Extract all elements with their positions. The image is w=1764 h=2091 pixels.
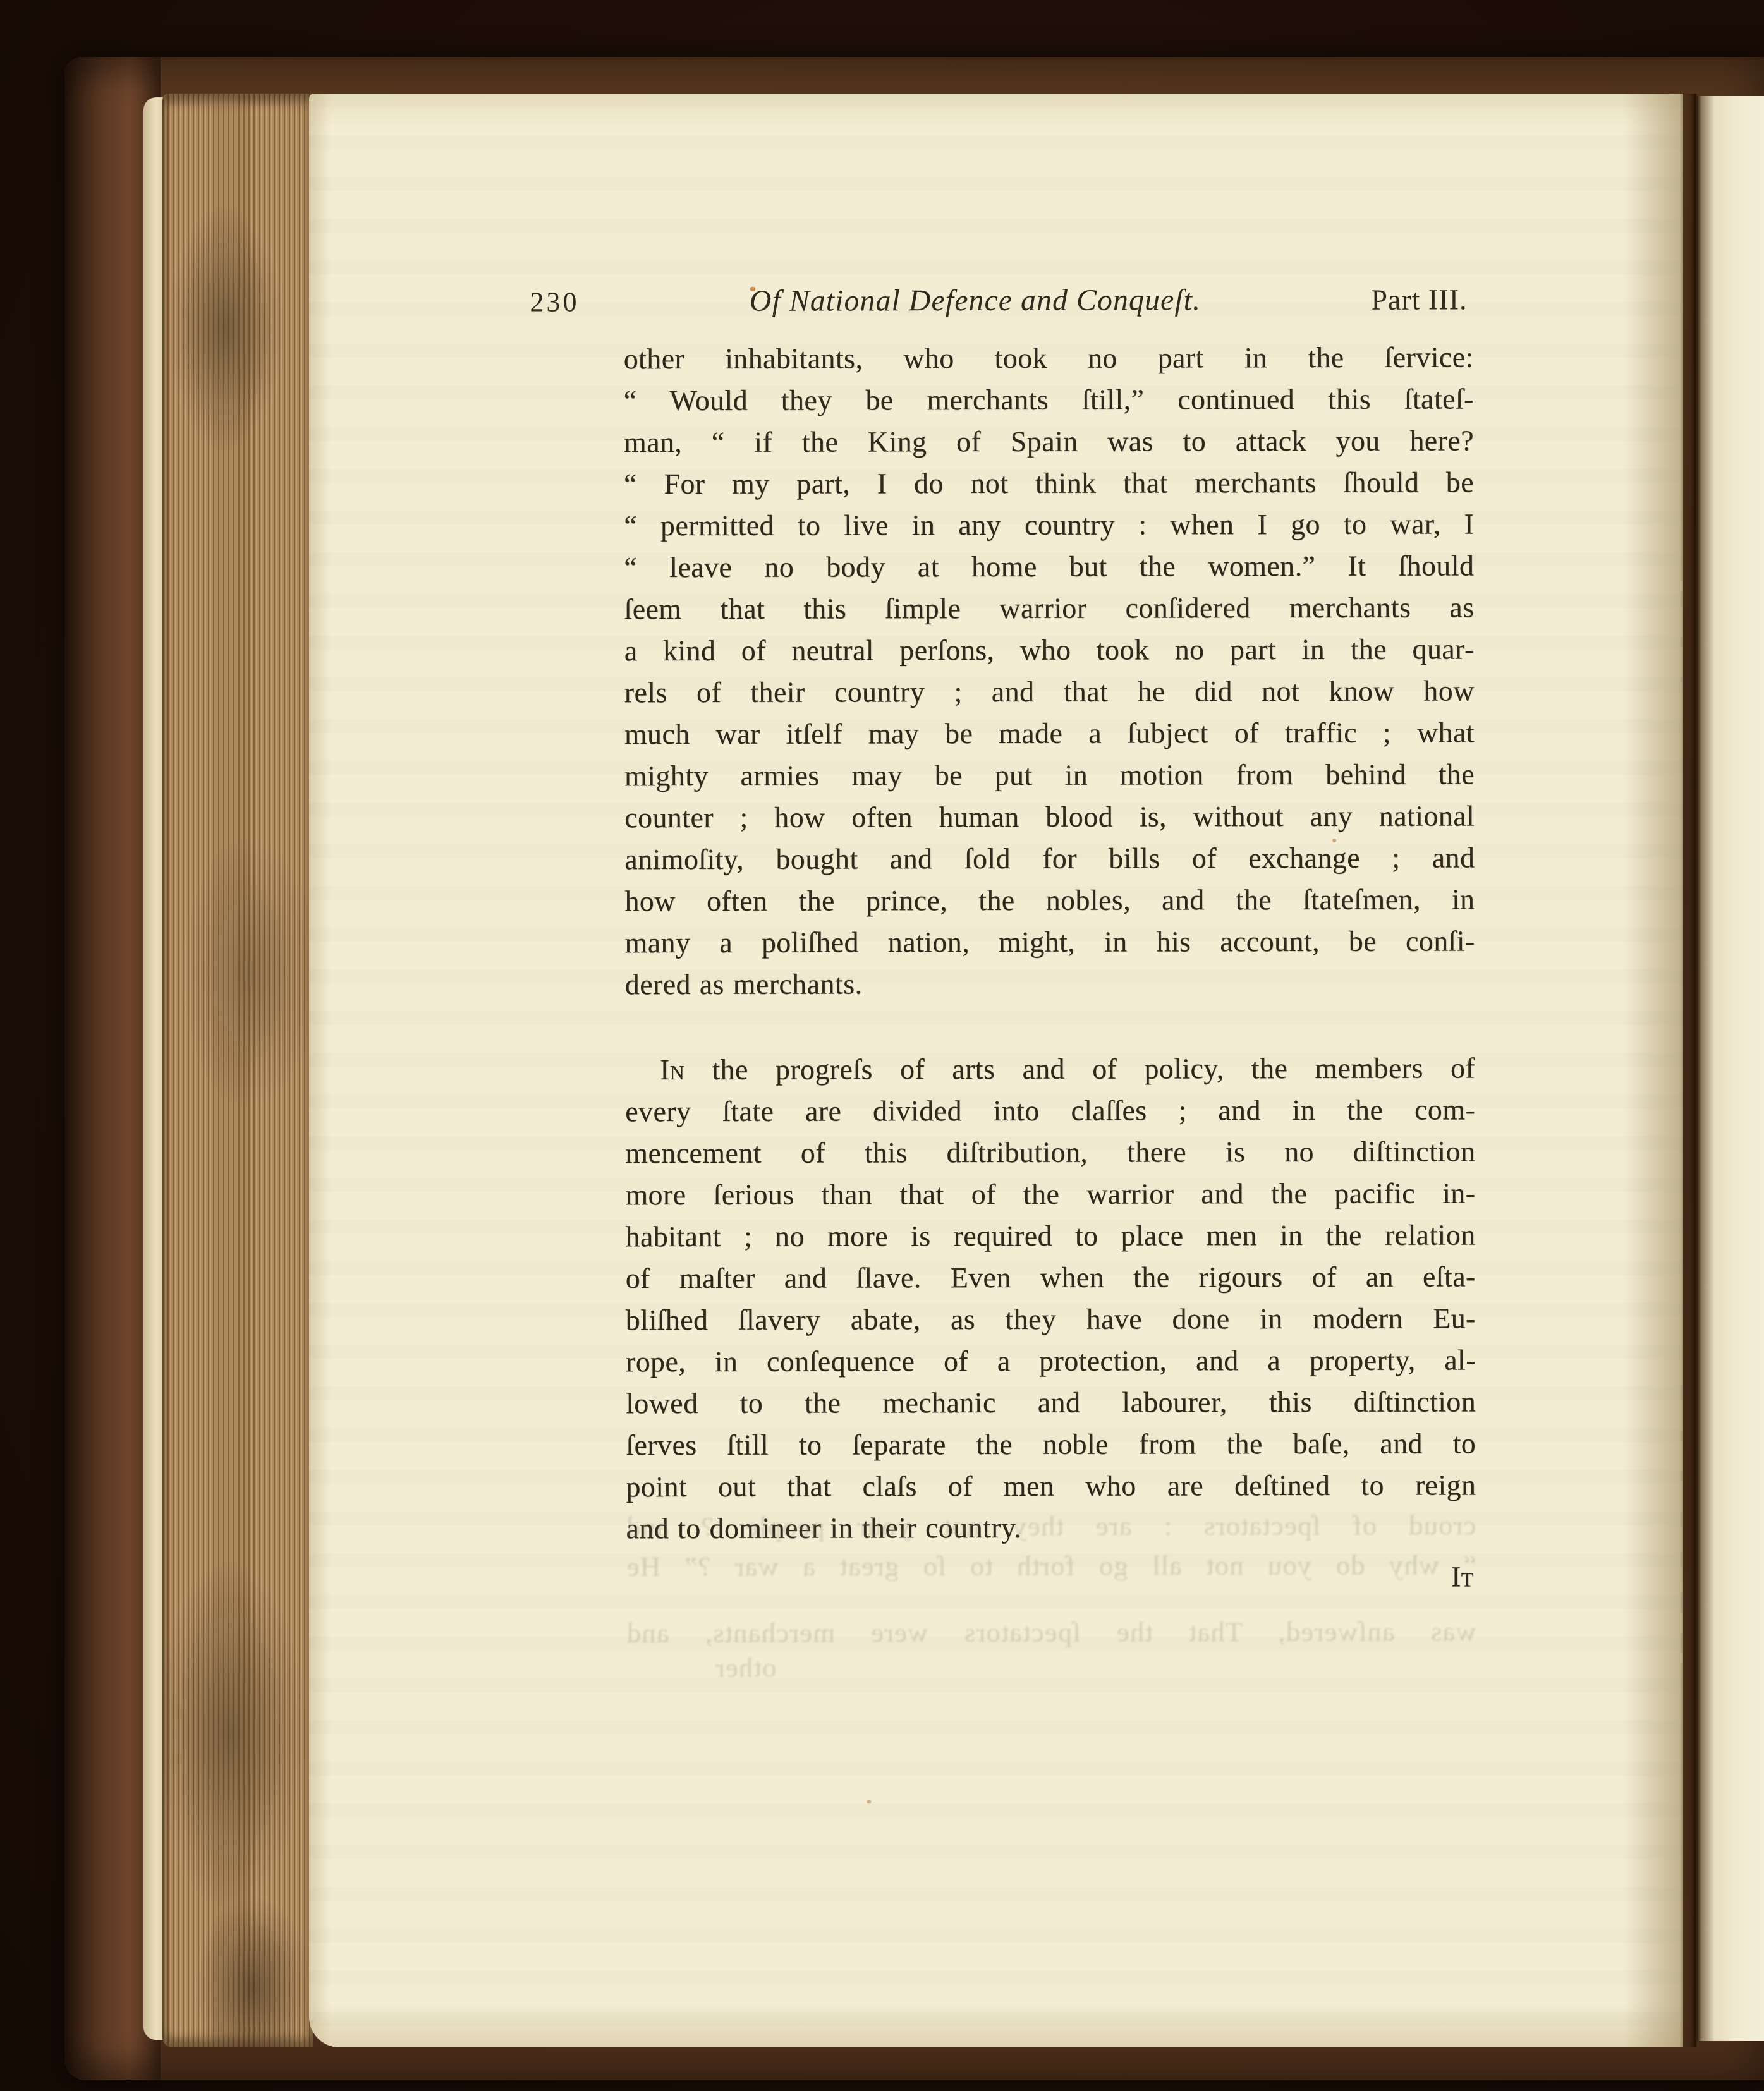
text-line: lowed to the mechanic and labourer, this… bbox=[626, 1381, 1476, 1424]
book: 230 Of National Defence and Conqueſt. Pa… bbox=[64, 57, 1764, 2080]
show-through-line: was anſwered, That the ſpectators were m… bbox=[626, 1612, 1476, 1652]
text-line: rels of their country ; and that he did … bbox=[624, 670, 1475, 713]
text-line: habitant ; no more is required to place … bbox=[625, 1214, 1475, 1258]
text-line: In the progreſs of arts and of policy, t… bbox=[625, 1047, 1475, 1091]
text-line: every ſtate are divided into claſſes ; a… bbox=[625, 1089, 1475, 1132]
facing-page-edge bbox=[1697, 96, 1764, 2041]
text-line: man, “ if the King of Spain was to attac… bbox=[624, 420, 1474, 463]
page-number: 230 bbox=[530, 286, 579, 318]
text-line: rope, in conſequence of a protection, an… bbox=[626, 1339, 1476, 1383]
text-line: mencement of this diſtribution, there is… bbox=[625, 1130, 1475, 1174]
small-caps-lead: In bbox=[660, 1053, 684, 1086]
paragraph: other inhabitants, who took no part in t… bbox=[624, 336, 1475, 1005]
photo-backdrop: { "page": { "number": "230", "running_ti… bbox=[0, 0, 1764, 2091]
text-line: bliſhed ſlavery abate, as they have done… bbox=[626, 1297, 1476, 1341]
part-label: Part III. bbox=[1371, 282, 1471, 316]
page-fore-edge bbox=[162, 94, 313, 2047]
page-block: 230 Of National Defence and Conqueſt. Pa… bbox=[143, 94, 1764, 2047]
text-line: “ Would they be merchants ſtill,” contin… bbox=[624, 378, 1474, 421]
paper-speck bbox=[867, 1800, 871, 1803]
book-page: 230 Of National Defence and Conqueſt. Pa… bbox=[309, 94, 1683, 2047]
text-line: point out that claſs of men who are deſt… bbox=[626, 1464, 1476, 1508]
text-line: ſeem that this ſimple warrior conſidered… bbox=[624, 586, 1474, 630]
show-through-line: “ why do you not all go forth to ſo grea… bbox=[626, 1546, 1476, 1585]
text-line: many a poliſhed nation, might, in his ac… bbox=[625, 920, 1475, 964]
paper-speck bbox=[1332, 839, 1336, 842]
text-line: counter ; how often human blood is, with… bbox=[624, 795, 1475, 839]
text-line: animoſity, bought and ſold for bills of … bbox=[624, 837, 1475, 880]
text-line: of maſter and ſlave. Even when the rigou… bbox=[626, 1256, 1476, 1299]
text-line: a kind of neutral perſons, who took no p… bbox=[624, 628, 1475, 672]
text-line: how often the prince, the nobles, and th… bbox=[624, 878, 1475, 922]
text-line: “ leave no body at home but the women.” … bbox=[624, 545, 1474, 588]
paragraph: In the progreſs of arts and of policy, t… bbox=[625, 1047, 1476, 1549]
text-block: other inhabitants, who took no part in t… bbox=[624, 336, 1476, 1597]
printed-content: 230 Of National Defence and Conqueſt. Pa… bbox=[307, 92, 1685, 2049]
text-line: “ For my part, I do not think that merch… bbox=[624, 461, 1474, 505]
text-line: ſerves ſtill to ſeparate the noble from … bbox=[626, 1422, 1476, 1466]
text-line: mighty armies may be put in motion from … bbox=[624, 753, 1475, 797]
running-header: 230 Of National Defence and Conqueſt. Pa… bbox=[530, 282, 1471, 318]
show-through-line: croud of ſpectators : are they not your … bbox=[626, 1506, 1476, 1546]
text-line: other inhabitants, who took no part in t… bbox=[624, 336, 1474, 380]
show-through-word: other bbox=[715, 1649, 777, 1687]
gutter-shadow bbox=[1679, 94, 1698, 2047]
text-line: dered as merchants. bbox=[625, 962, 1475, 1005]
text-line: more ſerious than that of the warrior an… bbox=[625, 1172, 1475, 1216]
text-line: “ permitted to live in any country : whe… bbox=[624, 503, 1474, 547]
running-title: Of National Defence and Conqueſt. bbox=[750, 282, 1201, 318]
text-line: much war itſelf may be made a ſubject of… bbox=[624, 712, 1475, 755]
paper-speck bbox=[750, 287, 755, 291]
